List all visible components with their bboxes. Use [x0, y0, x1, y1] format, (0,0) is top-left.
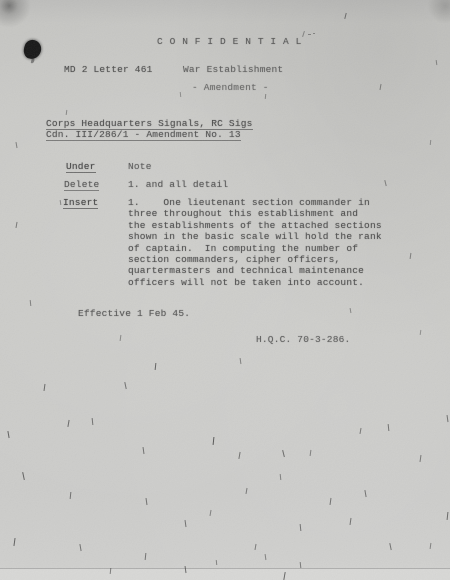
scan-speck	[240, 358, 242, 364]
scan-speck	[389, 543, 392, 550]
entry-value-under: Note	[128, 161, 152, 172]
scan-speck	[79, 544, 82, 551]
scan-speck	[67, 420, 70, 427]
entry-label-under: Under	[66, 161, 96, 173]
scan-speck	[447, 415, 449, 422]
scan-speck	[254, 544, 256, 550]
scan-speck	[13, 538, 15, 546]
scan-edge	[0, 568, 450, 580]
scan-speck	[447, 512, 449, 520]
scan-speck	[15, 222, 17, 228]
scan-speck	[350, 308, 352, 313]
scan-speck	[420, 330, 422, 335]
scan-speck	[213, 437, 215, 445]
scan-speck	[30, 300, 32, 306]
scan-speck	[216, 560, 218, 565]
scan-speck	[384, 180, 387, 186]
file-reference: H.Q.C. 70-3-286.	[256, 334, 350, 345]
scan-speck	[265, 554, 267, 560]
scan-speck	[155, 363, 157, 370]
scan-speck	[265, 94, 267, 99]
scan-speck	[388, 424, 390, 431]
scan-speck	[330, 498, 332, 505]
entry-label-insert: Insert	[63, 197, 98, 209]
scan-speck	[436, 60, 438, 65]
scan-speck	[143, 447, 145, 454]
scan-speck	[7, 431, 10, 438]
scan-speck	[364, 490, 367, 497]
scanned-document-page: C O N F I D E N T I A L MD 2 Letter 461 …	[0, 0, 450, 580]
scan-speck	[124, 382, 127, 389]
scan-speck	[350, 518, 352, 525]
scan-speck	[238, 452, 241, 459]
scan-speck	[120, 335, 122, 341]
pencil-mark	[302, 31, 316, 38]
document-type-title: War Establishment	[183, 64, 283, 75]
scan-speck	[209, 510, 211, 516]
scan-speck	[44, 384, 46, 391]
scan-speck	[359, 428, 361, 434]
scan-speck	[300, 524, 302, 531]
scan-speck	[145, 553, 147, 560]
insert-paragraph: 1. One lieutenant section commander in t…	[128, 197, 382, 288]
classification-header: C O N F I D E N T I A L	[157, 36, 302, 47]
amendment-subtitle: - Amendment -	[192, 82, 269, 93]
scan-speck	[60, 200, 62, 205]
scan-speck	[22, 472, 25, 480]
scan-speck	[379, 84, 381, 90]
scan-speck	[146, 498, 148, 505]
scan-speck	[245, 488, 247, 494]
scan-speck	[66, 110, 68, 115]
scan-speck	[70, 492, 72, 499]
scan-speck	[344, 13, 347, 19]
entry-value-delete: 1. and all detail	[128, 179, 228, 190]
scan-speck	[410, 253, 412, 259]
scan-speck	[430, 140, 432, 145]
scan-speck	[180, 92, 182, 97]
scan-speck	[420, 455, 422, 462]
scan-speck	[310, 450, 312, 456]
scan-speck	[280, 474, 282, 480]
scan-speck	[430, 543, 432, 549]
scan-speck	[92, 418, 94, 425]
establishment-reference: Cdn. III/286/1 - Amendment No. 13	[46, 129, 241, 141]
scan-speck	[185, 520, 187, 527]
effective-date-line: Effective 1 Feb 45.	[78, 308, 190, 319]
letter-reference: MD 2 Letter 461	[64, 64, 153, 75]
ink-blot	[22, 38, 43, 61]
scan-speck	[282, 450, 285, 457]
entry-label-delete: Delete	[64, 179, 99, 191]
scan-speck	[15, 142, 17, 148]
